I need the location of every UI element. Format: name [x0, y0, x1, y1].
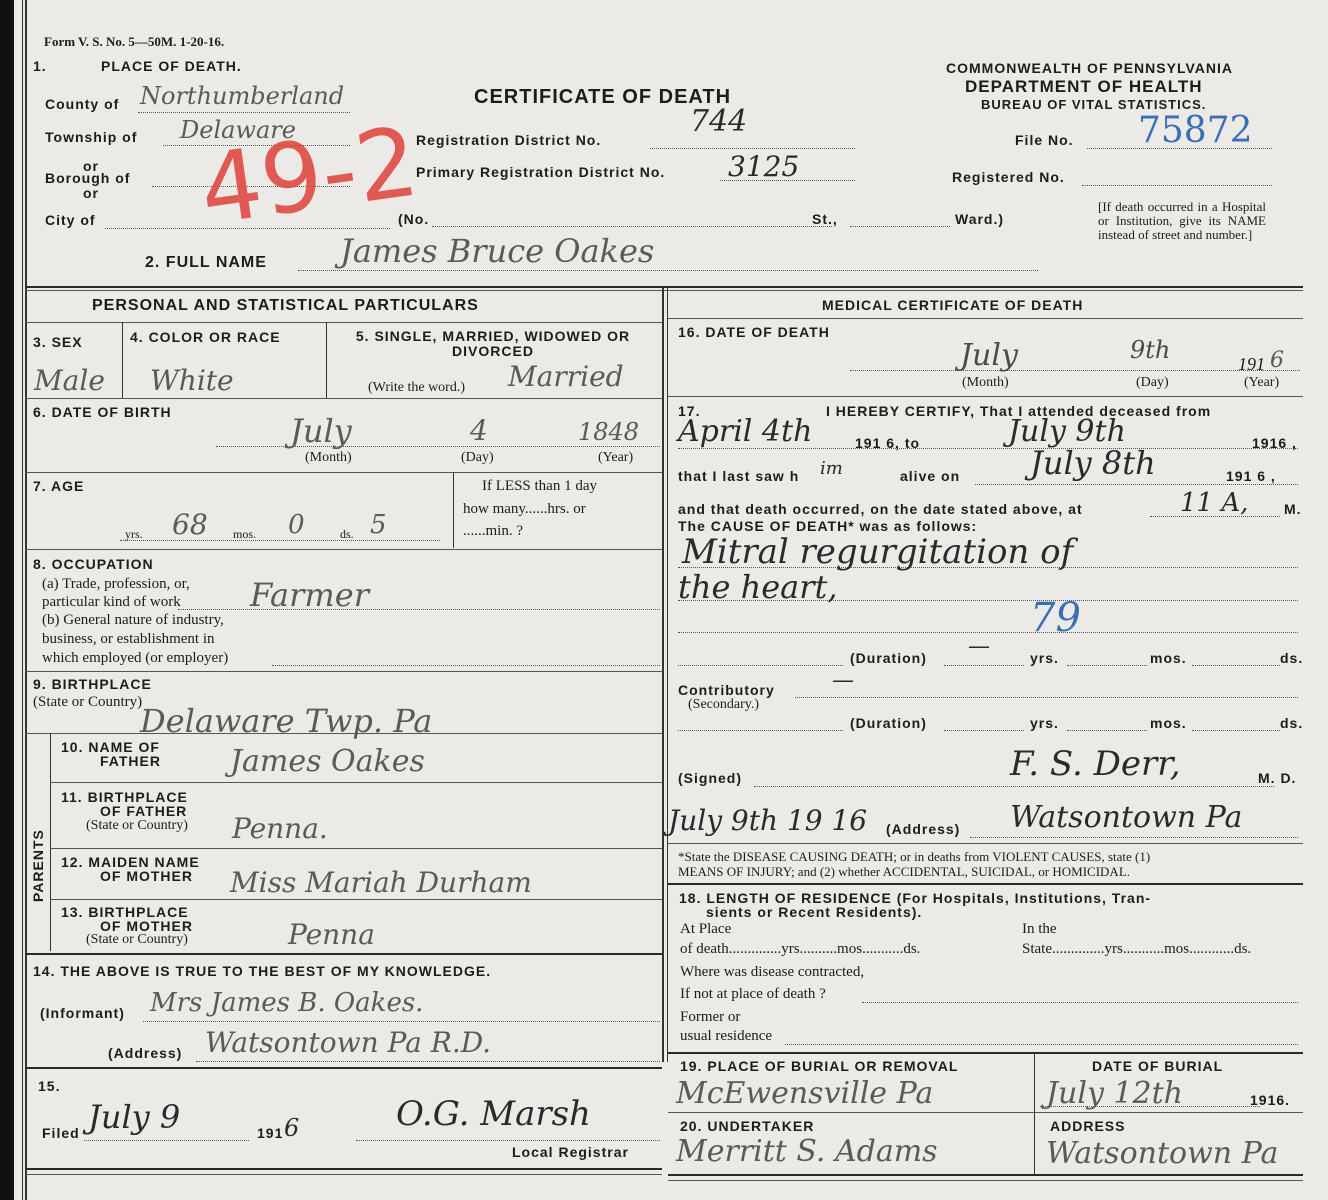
dod-year-prefix: 191 [1238, 354, 1265, 375]
attended-from: April 4th [678, 414, 812, 449]
county-value: Northumberland [140, 82, 344, 110]
mother-name-value: Miss Mariah Durham [230, 866, 532, 899]
mos-hint: mos. [1150, 650, 1187, 666]
physician-signature: F. S. Derr, [1010, 744, 1181, 784]
duration-label: (Duration) [850, 715, 927, 731]
undertaker-value: Merritt S. Adams [676, 1134, 938, 1169]
mos-hint: mos. [1150, 715, 1187, 731]
father-birthplace-value: Penna. [232, 812, 328, 845]
personal-heading: PERSONAL AND STATISTICAL PARTICULARS [92, 297, 479, 315]
full-name-value: James Bruce Oakes [340, 232, 654, 270]
county-label: County of [45, 96, 119, 112]
burial-place-value: McEwensville Pa [676, 1076, 933, 1111]
or-label: or [83, 185, 99, 201]
alive-on-label: alive on [900, 468, 960, 484]
day-hint: (Day) [1136, 375, 1169, 391]
marital-value: Married [508, 360, 624, 393]
secondary-label: (Secondary.) [688, 697, 759, 713]
yrs-hint: yrs. [1030, 715, 1059, 731]
mother-birthplace-hint: (State or Country) [86, 932, 188, 948]
m-label: M. [1284, 501, 1302, 517]
informant-label: (Informant) [40, 1005, 125, 1021]
file-no-value: 75872 [1138, 110, 1253, 151]
ds-hint: ds. [340, 527, 354, 542]
dod-label: 16. DATE OF DEATH [678, 324, 830, 340]
agency-line-2: DEPARTMENT OF HEALTH [965, 77, 1203, 97]
race-label: 4. COLOR OR RACE [130, 329, 281, 345]
age-months: 0 [288, 510, 305, 540]
last-saw-label: that I last saw h [678, 468, 799, 484]
last-saw-pronoun: im [820, 458, 843, 479]
occupation-a-hint: (a) Trade, profession, or, [42, 576, 190, 593]
duration-label: (Duration) [850, 650, 927, 666]
marital-hint: (Write the word.) [368, 380, 465, 396]
undertaker-address-value: Watsontown Pa [1046, 1136, 1278, 1171]
city-label: City of [45, 212, 96, 228]
father-birthplace-label: OF FATHER [100, 803, 187, 819]
filed-year-prefix: 191 [257, 1125, 283, 1141]
death-occurred-label: and that death occurred, on the date sta… [678, 501, 1083, 517]
registrar-label: Local Registrar [512, 1144, 629, 1160]
year-hint: (Year) [1244, 375, 1279, 391]
informant-heading: 14. THE ABOVE IS TRUE TO THE BEST OF MY … [33, 963, 491, 979]
borough-label: Borough of [45, 170, 130, 186]
marital-label: 5. SINGLE, MARRIED, WIDOWED OR DIVORCED [333, 329, 653, 359]
father-name-label: FATHER [100, 753, 161, 769]
burial-date-value: July 12th [1046, 1076, 1183, 1111]
dob-month: July [290, 412, 352, 450]
occupation-label: 8. OCCUPATION [33, 556, 154, 572]
undertaker-address-label: ADDRESS [1050, 1118, 1125, 1134]
medical-heading: MEDICAL CERTIFICATE OF DEATH [822, 297, 1083, 313]
signed-label: (Signed) [678, 770, 742, 786]
full-name-label: 2. FULL NAME [145, 254, 267, 272]
age-days: 5 [370, 510, 387, 540]
informant-value: Mrs James B. Oakes. [150, 988, 423, 1018]
father-birthplace-hint: (State or Country) [86, 818, 188, 834]
burial-year: 1916. [1250, 1092, 1290, 1108]
border-left [25, 0, 27, 1200]
signed-date: July 9th 19 16 [668, 804, 867, 837]
ward-label: Ward.) [955, 211, 1004, 227]
primary-district-value: 3125 [728, 150, 799, 183]
year-hint: (Year) [598, 450, 633, 466]
age-years: 68 [172, 508, 208, 541]
occupation-b-hint: which employed (or employer) [42, 650, 228, 667]
yrs-hint: yrs. [1030, 650, 1059, 666]
former-residence-label: Former or [680, 1009, 740, 1026]
last-saw-year: 191 6 , [1226, 468, 1276, 484]
registration-district-value: 744 [690, 104, 747, 139]
primary-district-label: Primary Registration District No. [416, 164, 665, 180]
filed-label: Filed [42, 1125, 80, 1141]
less-than-day-note: ......min. ? [463, 523, 523, 540]
residence-heading: sients or Recent Residents). [706, 904, 922, 920]
informant-address-label: (Address) [108, 1045, 182, 1061]
registration-district-label: Registration District No. [416, 132, 601, 148]
dob-year: 1848 [578, 418, 639, 446]
in-state-label: In the [1022, 921, 1057, 938]
agency-line-1: COMMONWEALTH OF PENNSYLVANIA [946, 60, 1233, 76]
father-name-value: James Oakes [230, 744, 425, 779]
filed-date: July 9 [88, 1098, 180, 1136]
border-left-outer [22, 0, 23, 1200]
hospital-note: [If death occurred in a Hospital or Inst… [1098, 200, 1266, 242]
street-label: St., [812, 211, 838, 227]
undertaker-label: 20. UNDERTAKER [680, 1118, 814, 1134]
birthplace-label: 9. BIRTHPLACE [33, 676, 152, 692]
ds-hint: ds. [1280, 650, 1303, 666]
at-place-fields: of death..............yrs..........mos..… [680, 941, 920, 958]
ds-hint: ds. [1280, 715, 1303, 731]
month-hint: (Month) [305, 450, 352, 466]
cause-code: 79 [1030, 595, 1081, 641]
registrar-signature: O.G. Marsh [396, 1094, 591, 1134]
cause-line-2: the heart, [678, 568, 838, 606]
dob-day: 4 [470, 414, 488, 447]
dod-year-suffix: 6 [1270, 348, 1284, 373]
informant-address-value: Watsontown Pa R.D. [205, 1026, 491, 1059]
physician-address-label: (Address) [886, 821, 960, 837]
column-divider [662, 288, 664, 1062]
footnote-line-2: MEANS OF INJURY; and (2) whether ACCIDEN… [678, 864, 1130, 880]
parents-label: PARENTS [30, 829, 46, 902]
race-value: White [150, 364, 234, 397]
contracted-label: Where was disease contracted, [680, 964, 864, 981]
physician-address-value: Watsontown Pa [1010, 800, 1242, 835]
occupation-a-hint: particular kind of work [42, 594, 181, 611]
mos-hint: mos. [233, 527, 256, 542]
file-no-label: File No. [1015, 132, 1074, 148]
section-1-number: 1. [33, 58, 47, 74]
former-residence-label: usual residence [680, 1028, 772, 1045]
mother-name-label: OF MOTHER [100, 868, 193, 884]
burial-place-label: 19. PLACE OF BURIAL OR REMOVAL [680, 1058, 958, 1074]
yrs-hint: yrs. [125, 527, 143, 542]
day-hint: (Day) [461, 450, 494, 466]
sex-value: Male [34, 364, 105, 397]
attended-from-year: 191 6, to [855, 435, 920, 451]
in-state-fields: State..............yrs...........mos....… [1022, 941, 1251, 958]
duration-years: — [968, 634, 990, 659]
dob-label: 6. DATE OF BIRTH [33, 404, 172, 420]
form-id: Form V. S. No. 5—50M. 1-20-16. [44, 34, 224, 50]
footnote-line-1: *State the DISEASE CAUSING DEATH; or in … [678, 849, 1150, 865]
age-label: 7. AGE [33, 478, 84, 494]
last-saw-date: July 8th [1030, 444, 1156, 482]
death-time: 11 A, [1180, 488, 1248, 518]
cause-line-1: Mitral regurgitation of [682, 532, 1073, 572]
dod-month: July [960, 338, 1018, 373]
contributory-label: Contributory [678, 682, 775, 698]
scan-edge [0, 0, 14, 1200]
contracted-label: If not at place of death ? [680, 986, 826, 1003]
mother-birthplace-value: Penna [288, 918, 375, 951]
attended-to-year: 1916 , [1252, 435, 1297, 451]
occupation-b-hint: business, or establishment in [42, 631, 215, 648]
less-than-day-note: how many......hrs. or [463, 501, 586, 518]
less-than-day-note: If LESS than 1 day [482, 478, 597, 495]
section-15-number: 15. [38, 1078, 60, 1094]
birthplace-hint: (State or Country) [33, 694, 142, 711]
occupation-b-hint: (b) General nature of industry, [42, 612, 224, 629]
at-place-label: At Place [680, 921, 731, 938]
dod-day: 9th [1130, 336, 1170, 364]
place-of-death-heading: PLACE OF DEATH. [101, 58, 242, 74]
filed-year-suffix: 6 [284, 1114, 299, 1142]
md-label: M. D. [1258, 770, 1296, 786]
burial-date-label: DATE OF BURIAL [1092, 1058, 1223, 1074]
township-label: Township of [45, 129, 137, 145]
sex-label: 3. SEX [33, 334, 83, 350]
contributory-value: — [832, 668, 854, 693]
month-hint: (Month) [962, 375, 1009, 391]
birthplace-value: Delaware Twp. Pa [140, 702, 432, 740]
registered-no-label: Registered No. [952, 169, 1065, 185]
occupation-value: Farmer [250, 576, 369, 614]
